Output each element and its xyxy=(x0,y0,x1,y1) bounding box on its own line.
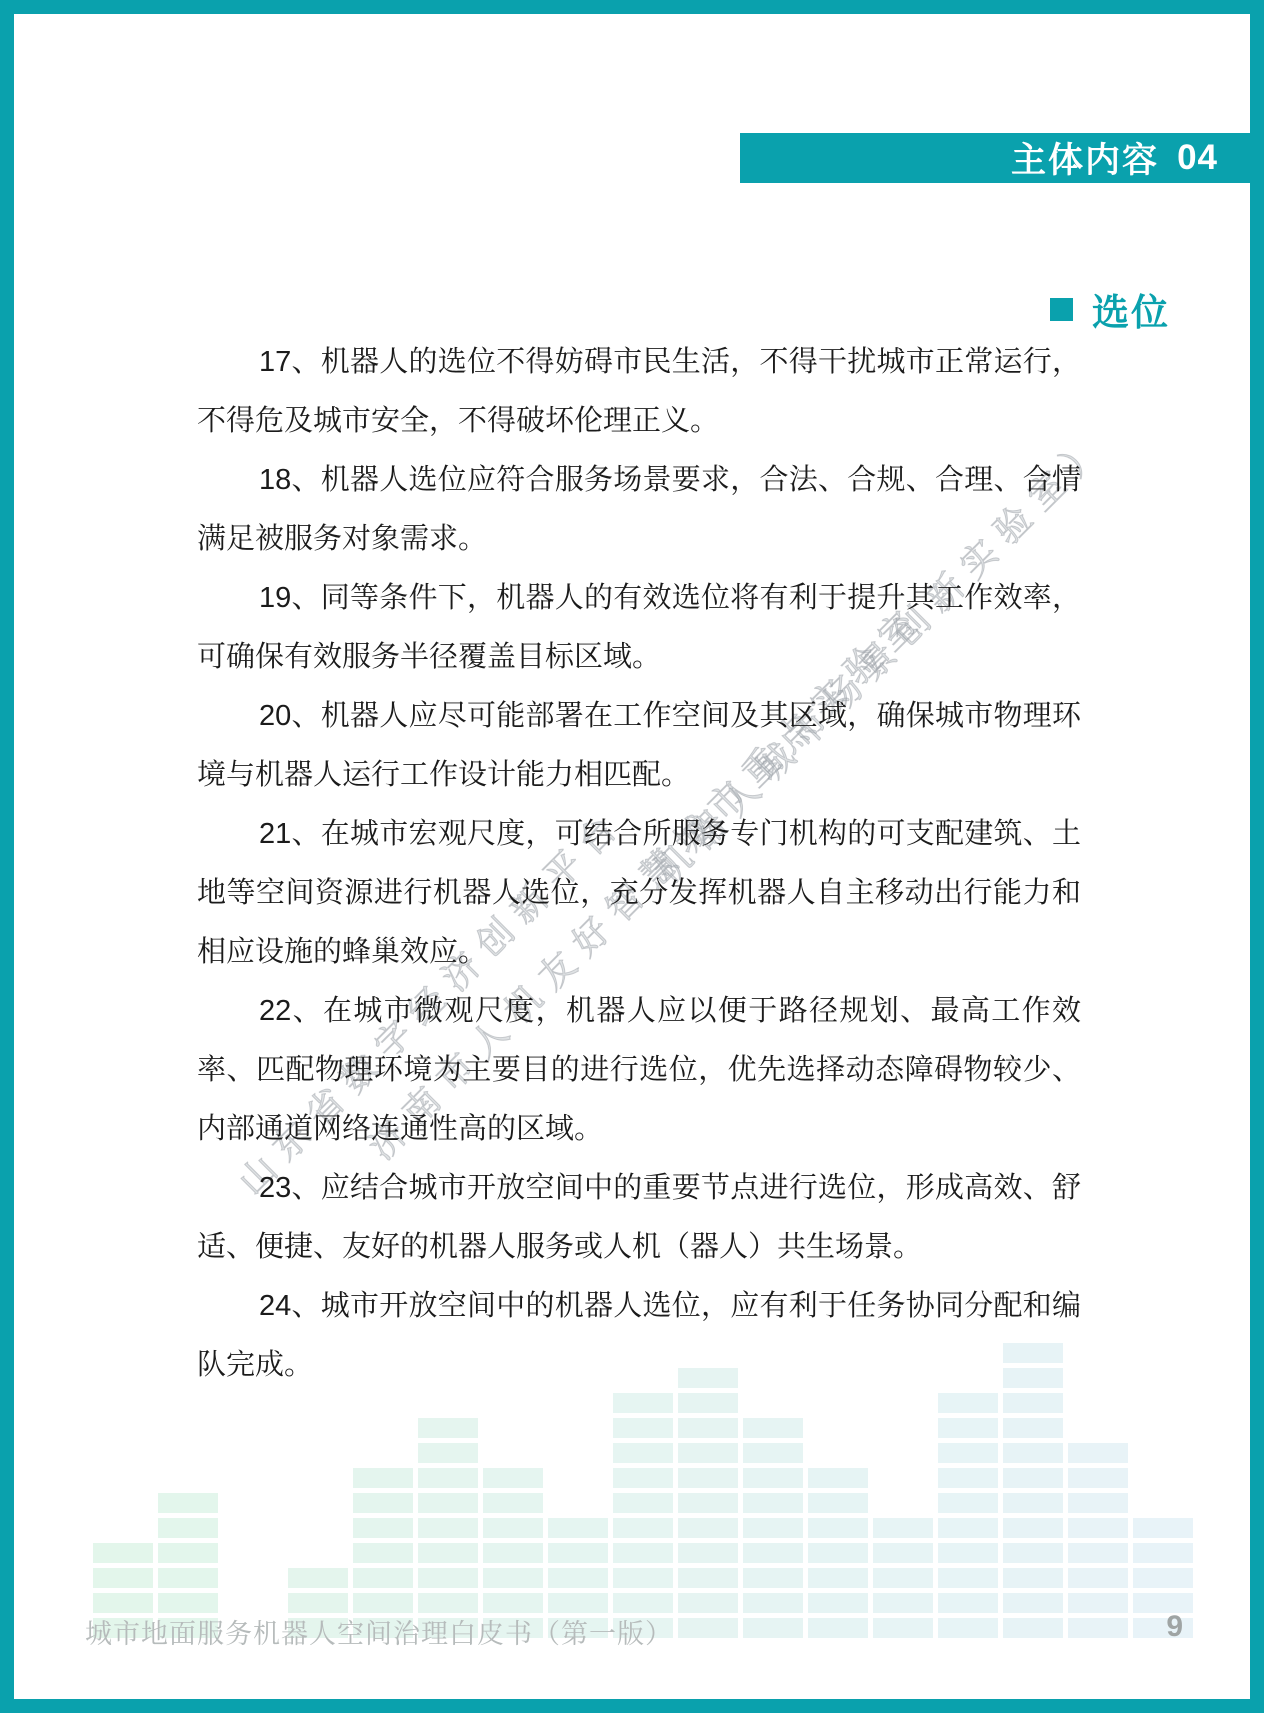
decor-block xyxy=(938,1393,998,1413)
decor-block xyxy=(613,1518,673,1538)
decor-block xyxy=(158,1543,218,1563)
decor-block xyxy=(613,1568,673,1588)
decor-block xyxy=(808,1468,868,1488)
header-banner: 主体内容 04 xyxy=(740,133,1264,183)
decor-block xyxy=(678,1593,738,1613)
decor-block xyxy=(938,1518,998,1538)
decor-block xyxy=(1068,1468,1128,1488)
section-heading: 选位 xyxy=(1050,288,1170,330)
decor-block xyxy=(1068,1493,1128,1513)
square-bullet-icon xyxy=(1050,298,1073,321)
decor-block xyxy=(873,1593,933,1613)
decor-block xyxy=(743,1443,803,1463)
decor-block xyxy=(938,1593,998,1613)
decor-block xyxy=(93,1568,153,1588)
decor-block xyxy=(418,1493,478,1513)
decor-block xyxy=(353,1593,413,1613)
decor-block xyxy=(1068,1443,1128,1463)
decor-block xyxy=(418,1543,478,1563)
decor-block xyxy=(938,1618,998,1638)
decor-block xyxy=(613,1493,673,1513)
decor-block xyxy=(483,1518,543,1538)
decor-block xyxy=(1068,1568,1128,1588)
clause-18: 18、机器人选位应符合服务场景要求，合法、合规、合理、合情满足被服务对象需求。 xyxy=(197,451,1081,569)
document-page: 山东省数字经济创新平台 济南市人机友好智慧城市重点实验室 机器人城市场景创新实验… xyxy=(0,0,1264,1713)
decor-block xyxy=(938,1493,998,1513)
decor-block xyxy=(1003,1493,1063,1513)
decor-block xyxy=(548,1518,608,1538)
decor-block xyxy=(1068,1593,1128,1613)
decor-block xyxy=(938,1443,998,1463)
decor-block xyxy=(158,1593,218,1613)
decor-block xyxy=(158,1518,218,1538)
clause-19: 19、同等条件下，机器人的有效选位将有利于提升其工作效率，可确保有效服务半径覆盖… xyxy=(197,569,1081,687)
decor-block xyxy=(1003,1593,1063,1613)
decor-block xyxy=(873,1568,933,1588)
footer-document-title: 城市地面服务机器人空间治理白皮书（第一版） xyxy=(85,1612,673,1651)
decor-block xyxy=(483,1493,543,1513)
decor-block xyxy=(1003,1618,1063,1638)
body-text: 17、机器人的选位不得妨碍市民生活，不得干扰城市正常运行，不得危及城市安全，不得… xyxy=(197,333,1081,1395)
decor-block xyxy=(743,1468,803,1488)
decor-block xyxy=(418,1418,478,1438)
decor-block xyxy=(808,1568,868,1588)
decor-block xyxy=(808,1493,868,1513)
clause-24: 24、城市开放空间中的机器人选位，应有利于任务协同分配和编队完成。 xyxy=(197,1277,1081,1395)
page-number: 9 xyxy=(1166,1610,1183,1644)
decor-block xyxy=(873,1518,933,1538)
decor-block xyxy=(938,1543,998,1563)
decor-block xyxy=(418,1443,478,1463)
decor-block xyxy=(613,1393,673,1413)
decor-block xyxy=(418,1518,478,1538)
decor-block xyxy=(353,1493,413,1513)
decor-block xyxy=(548,1543,608,1563)
decor-block xyxy=(1003,1393,1063,1413)
decor-block xyxy=(613,1543,673,1563)
decor-block xyxy=(678,1468,738,1488)
decor-block xyxy=(1068,1618,1128,1638)
decor-block xyxy=(1133,1593,1193,1613)
decor-block xyxy=(1003,1568,1063,1588)
decor-block xyxy=(873,1618,933,1638)
decor-block xyxy=(288,1568,348,1588)
decor-block xyxy=(353,1543,413,1563)
decor-block xyxy=(418,1468,478,1488)
decor-block xyxy=(808,1618,868,1638)
decor-block xyxy=(1003,1518,1063,1538)
decor-block xyxy=(743,1568,803,1588)
decor-block xyxy=(808,1593,868,1613)
decor-block xyxy=(743,1493,803,1513)
decor-block xyxy=(938,1568,998,1588)
decor-block xyxy=(353,1568,413,1588)
decor-block xyxy=(743,1518,803,1538)
decor-block xyxy=(483,1568,543,1588)
decor-block xyxy=(1068,1518,1128,1538)
decor-block xyxy=(1003,1543,1063,1563)
decor-block xyxy=(158,1493,218,1513)
decor-block xyxy=(743,1418,803,1438)
decor-block xyxy=(548,1568,608,1588)
decor-block xyxy=(678,1418,738,1438)
decor-block xyxy=(938,1468,998,1488)
decor-block xyxy=(483,1593,543,1613)
decor-block xyxy=(678,1543,738,1563)
decor-block xyxy=(613,1468,673,1488)
decor-block xyxy=(678,1393,738,1413)
decor-block xyxy=(743,1593,803,1613)
decor-block xyxy=(808,1543,868,1563)
decor-block xyxy=(1133,1543,1193,1563)
decor-block xyxy=(1068,1543,1128,1563)
clause-21: 21、在城市宏观尺度，可结合所服务专门机构的可支配建筑、土地等空间资源进行机器人… xyxy=(197,805,1081,982)
decor-block xyxy=(678,1443,738,1463)
decor-block xyxy=(678,1518,738,1538)
clause-23: 23、应结合城市开放空间中的重要节点进行选位，形成高效、舒适、便捷、友好的机器人… xyxy=(197,1159,1081,1277)
decor-block xyxy=(938,1418,998,1438)
decor-block xyxy=(418,1568,478,1588)
decor-block xyxy=(743,1543,803,1563)
decor-block xyxy=(1003,1418,1063,1438)
decor-block xyxy=(353,1468,413,1488)
decor-block xyxy=(613,1418,673,1438)
decor-block xyxy=(548,1593,608,1613)
clause-22: 22、在城市微观尺度，机器人应以便于路径规划、最高工作效率、匹配物理环境为主要目… xyxy=(197,982,1081,1159)
decor-block xyxy=(93,1543,153,1563)
section-title: 选位 xyxy=(1092,282,1170,336)
decor-block xyxy=(418,1593,478,1613)
clause-17: 17、机器人的选位不得妨碍市民生活，不得干扰城市正常运行，不得危及城市安全，不得… xyxy=(197,333,1081,451)
decor-block xyxy=(678,1493,738,1513)
decor-block xyxy=(1133,1518,1193,1538)
decor-block xyxy=(93,1593,153,1613)
decor-block xyxy=(678,1618,738,1638)
decor-block xyxy=(1003,1468,1063,1488)
decor-block xyxy=(743,1618,803,1638)
decor-block xyxy=(613,1443,673,1463)
decor-block xyxy=(353,1518,413,1538)
decor-block xyxy=(483,1543,543,1563)
decor-block xyxy=(808,1518,868,1538)
decor-block xyxy=(288,1593,348,1613)
decor-block xyxy=(158,1568,218,1588)
decor-block xyxy=(1133,1618,1193,1638)
banner-section-number: 04 xyxy=(1177,138,1218,178)
decor-block xyxy=(483,1468,543,1488)
banner-title: 主体内容 xyxy=(1011,133,1159,183)
decor-block xyxy=(613,1593,673,1613)
decor-block xyxy=(1133,1568,1193,1588)
decor-block xyxy=(1003,1443,1063,1463)
decor-block xyxy=(873,1543,933,1563)
decor-block xyxy=(678,1568,738,1588)
clause-20: 20、机器人应尽可能部署在工作空间及其区域，确保城市物理环境与机器人运行工作设计… xyxy=(197,687,1081,805)
